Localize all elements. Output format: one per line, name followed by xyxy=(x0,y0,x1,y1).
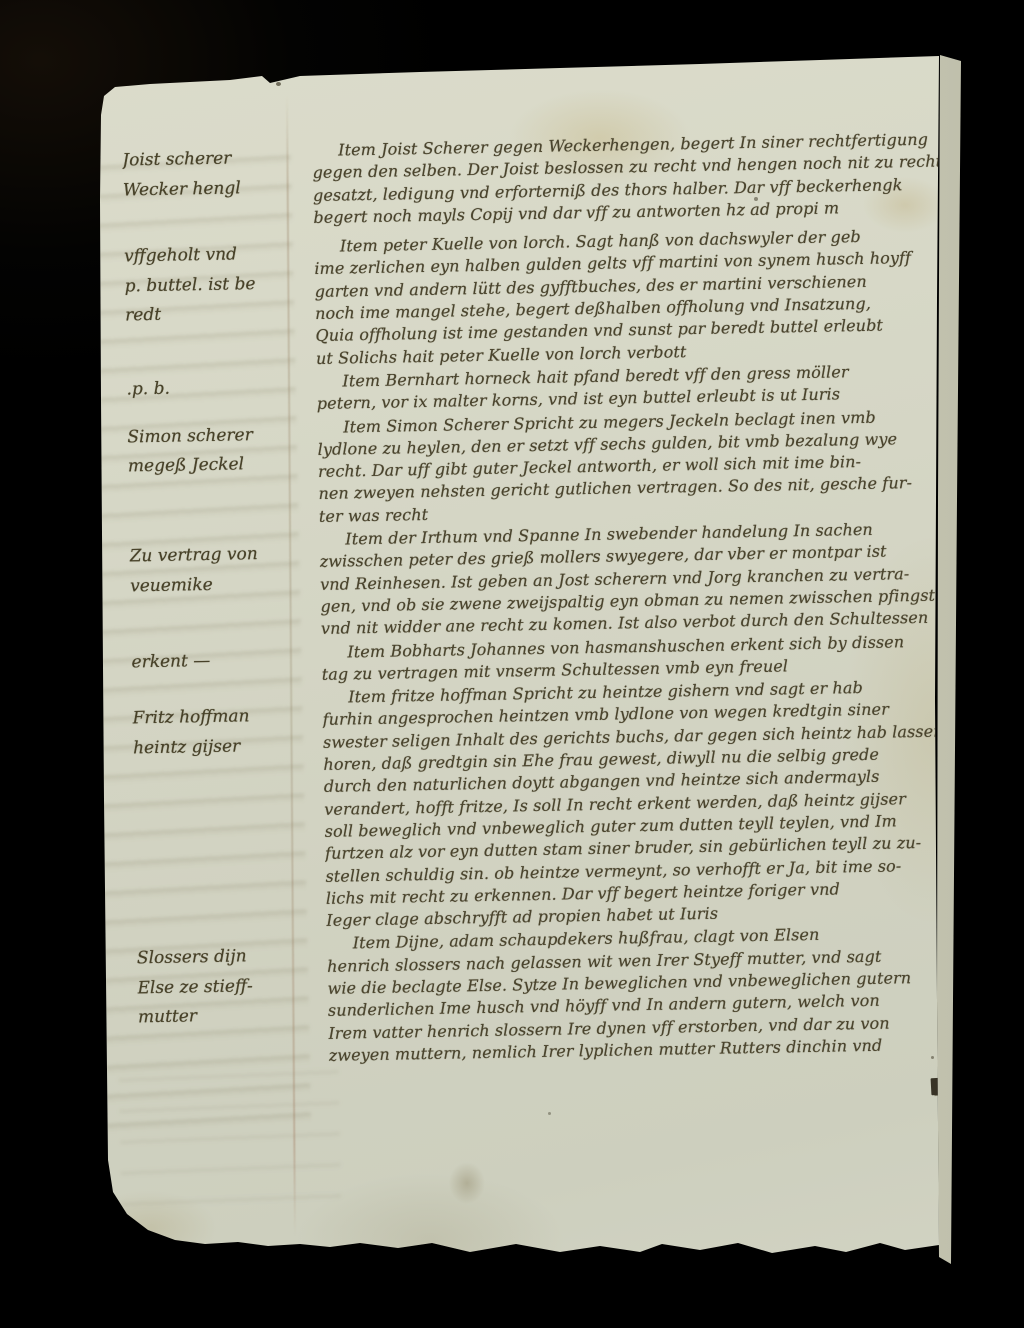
margin-note-line: heintz gijser xyxy=(133,731,316,764)
margin-note: .p. b. xyxy=(126,372,309,405)
court-record-entry: Slossers dijnElse ze stieff-mutterItem D… xyxy=(327,922,957,1067)
margin-note: Fritz hoffmanheintz gijser xyxy=(132,701,315,763)
margin-note-line: Else ze stieff- xyxy=(137,971,320,1004)
ink-speck xyxy=(548,1112,551,1115)
margin-note: vffgeholt vndp. buttel. ist beredt xyxy=(124,239,308,331)
margin-note: Simon scherermegeß Jeckel xyxy=(127,420,310,482)
entries-container: Joist schererWecker henglItem Joist Sche… xyxy=(312,128,957,1067)
margin-note-line: erkent — xyxy=(131,645,314,678)
court-record-entry: Fritz hoffmanheintz gijserItem fritze ho… xyxy=(322,676,954,933)
court-record-entry: vffgeholt vndp. buttel. ist beredtItem p… xyxy=(314,225,944,370)
margin-note-line: veuemike xyxy=(130,569,313,602)
margin-note-line: mutter xyxy=(138,1000,321,1033)
margin-note-line: vffgeholt vnd xyxy=(124,239,307,272)
margin-note-line: Slossers dijn xyxy=(137,941,320,974)
margin-note-line: Wecker hengl xyxy=(123,173,306,206)
ink-speck xyxy=(931,1056,934,1059)
margin-note: Joist schererWecker hengl xyxy=(122,143,305,205)
manuscript-page: Joist schererWecker henglItem Joist Sche… xyxy=(0,0,1024,1328)
margin-note-line: Zu vertrag von xyxy=(129,539,312,572)
margin-note: Zu vertrag vonveuemike xyxy=(129,539,312,601)
margin-note-line: Joist scherer xyxy=(122,143,305,176)
margin-note-line: Fritz hoffman xyxy=(132,701,315,734)
margin-note-line: .p. b. xyxy=(126,372,309,405)
margin-note-line: p. buttel. ist be xyxy=(124,269,307,302)
margin-note-line: megeß Jeckel xyxy=(128,449,311,482)
court-record-entry: Joist schererWecker henglItem Joist Sche… xyxy=(312,128,942,229)
court-record-entry: Zu vertrag vonveuemikeItem der Irthum vn… xyxy=(319,517,949,640)
ink-speck xyxy=(276,82,281,86)
margin-note-line: Simon scherer xyxy=(127,420,310,453)
court-record-entry: Simon scherermegeß JeckelItem Simon Sche… xyxy=(317,405,947,528)
margin-note-line: redt xyxy=(125,298,308,331)
photo-backdrop: Joist schererWecker henglItem Joist Sche… xyxy=(0,0,1024,1328)
ink-bleedthrough-texture xyxy=(118,1058,341,1213)
margin-note: Slossers dijnElse ze stieff-mutter xyxy=(137,941,321,1033)
margin-note: erkent — xyxy=(131,645,314,678)
